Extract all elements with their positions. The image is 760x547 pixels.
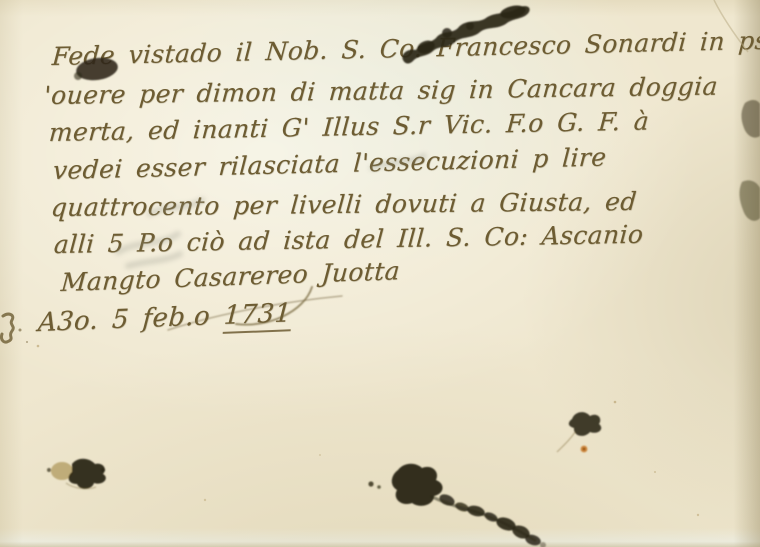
paper-specks	[37, 345, 700, 517]
manuscript-page: Fede vistado il Nob. S. Co: Francesco So…	[0, 0, 760, 547]
date-line: A3o. 5 feb.o 1731	[37, 298, 292, 338]
manuscript-line: merta, ed inanti G' Illus S.r Vic. F.o G…	[48, 106, 650, 147]
date-prefix: A3o. 5 feb.o	[37, 301, 225, 338]
manuscript-line: Fede vistado il Nob. S. Co: Francesco So…	[51, 26, 760, 71]
date-year: 1731	[223, 298, 293, 334]
ink-blot-bottom-left	[47, 459, 106, 489]
orange-stain-dot	[581, 446, 588, 453]
manuscript-line: quattrocento per livelli dovuti a Giusta…	[50, 187, 638, 222]
ink-blot-mid-right	[557, 412, 601, 452]
ink-blot-bottom-center	[368, 464, 546, 547]
manuscript-line: vedei esser rilasciata l'essecuzioni p l…	[52, 142, 607, 185]
manuscript-line: 'ouere per dimon di matta sig in Cancara…	[43, 72, 719, 110]
ink-smudge-right-edge	[739, 100, 760, 221]
ink-squiggle-left	[1, 314, 28, 343]
manuscript-line: alli 5 P.o ciò ad ista del Ill. S. Co: A…	[53, 220, 644, 259]
manuscript-line: Mangto Casarereo Juotta	[60, 256, 401, 297]
